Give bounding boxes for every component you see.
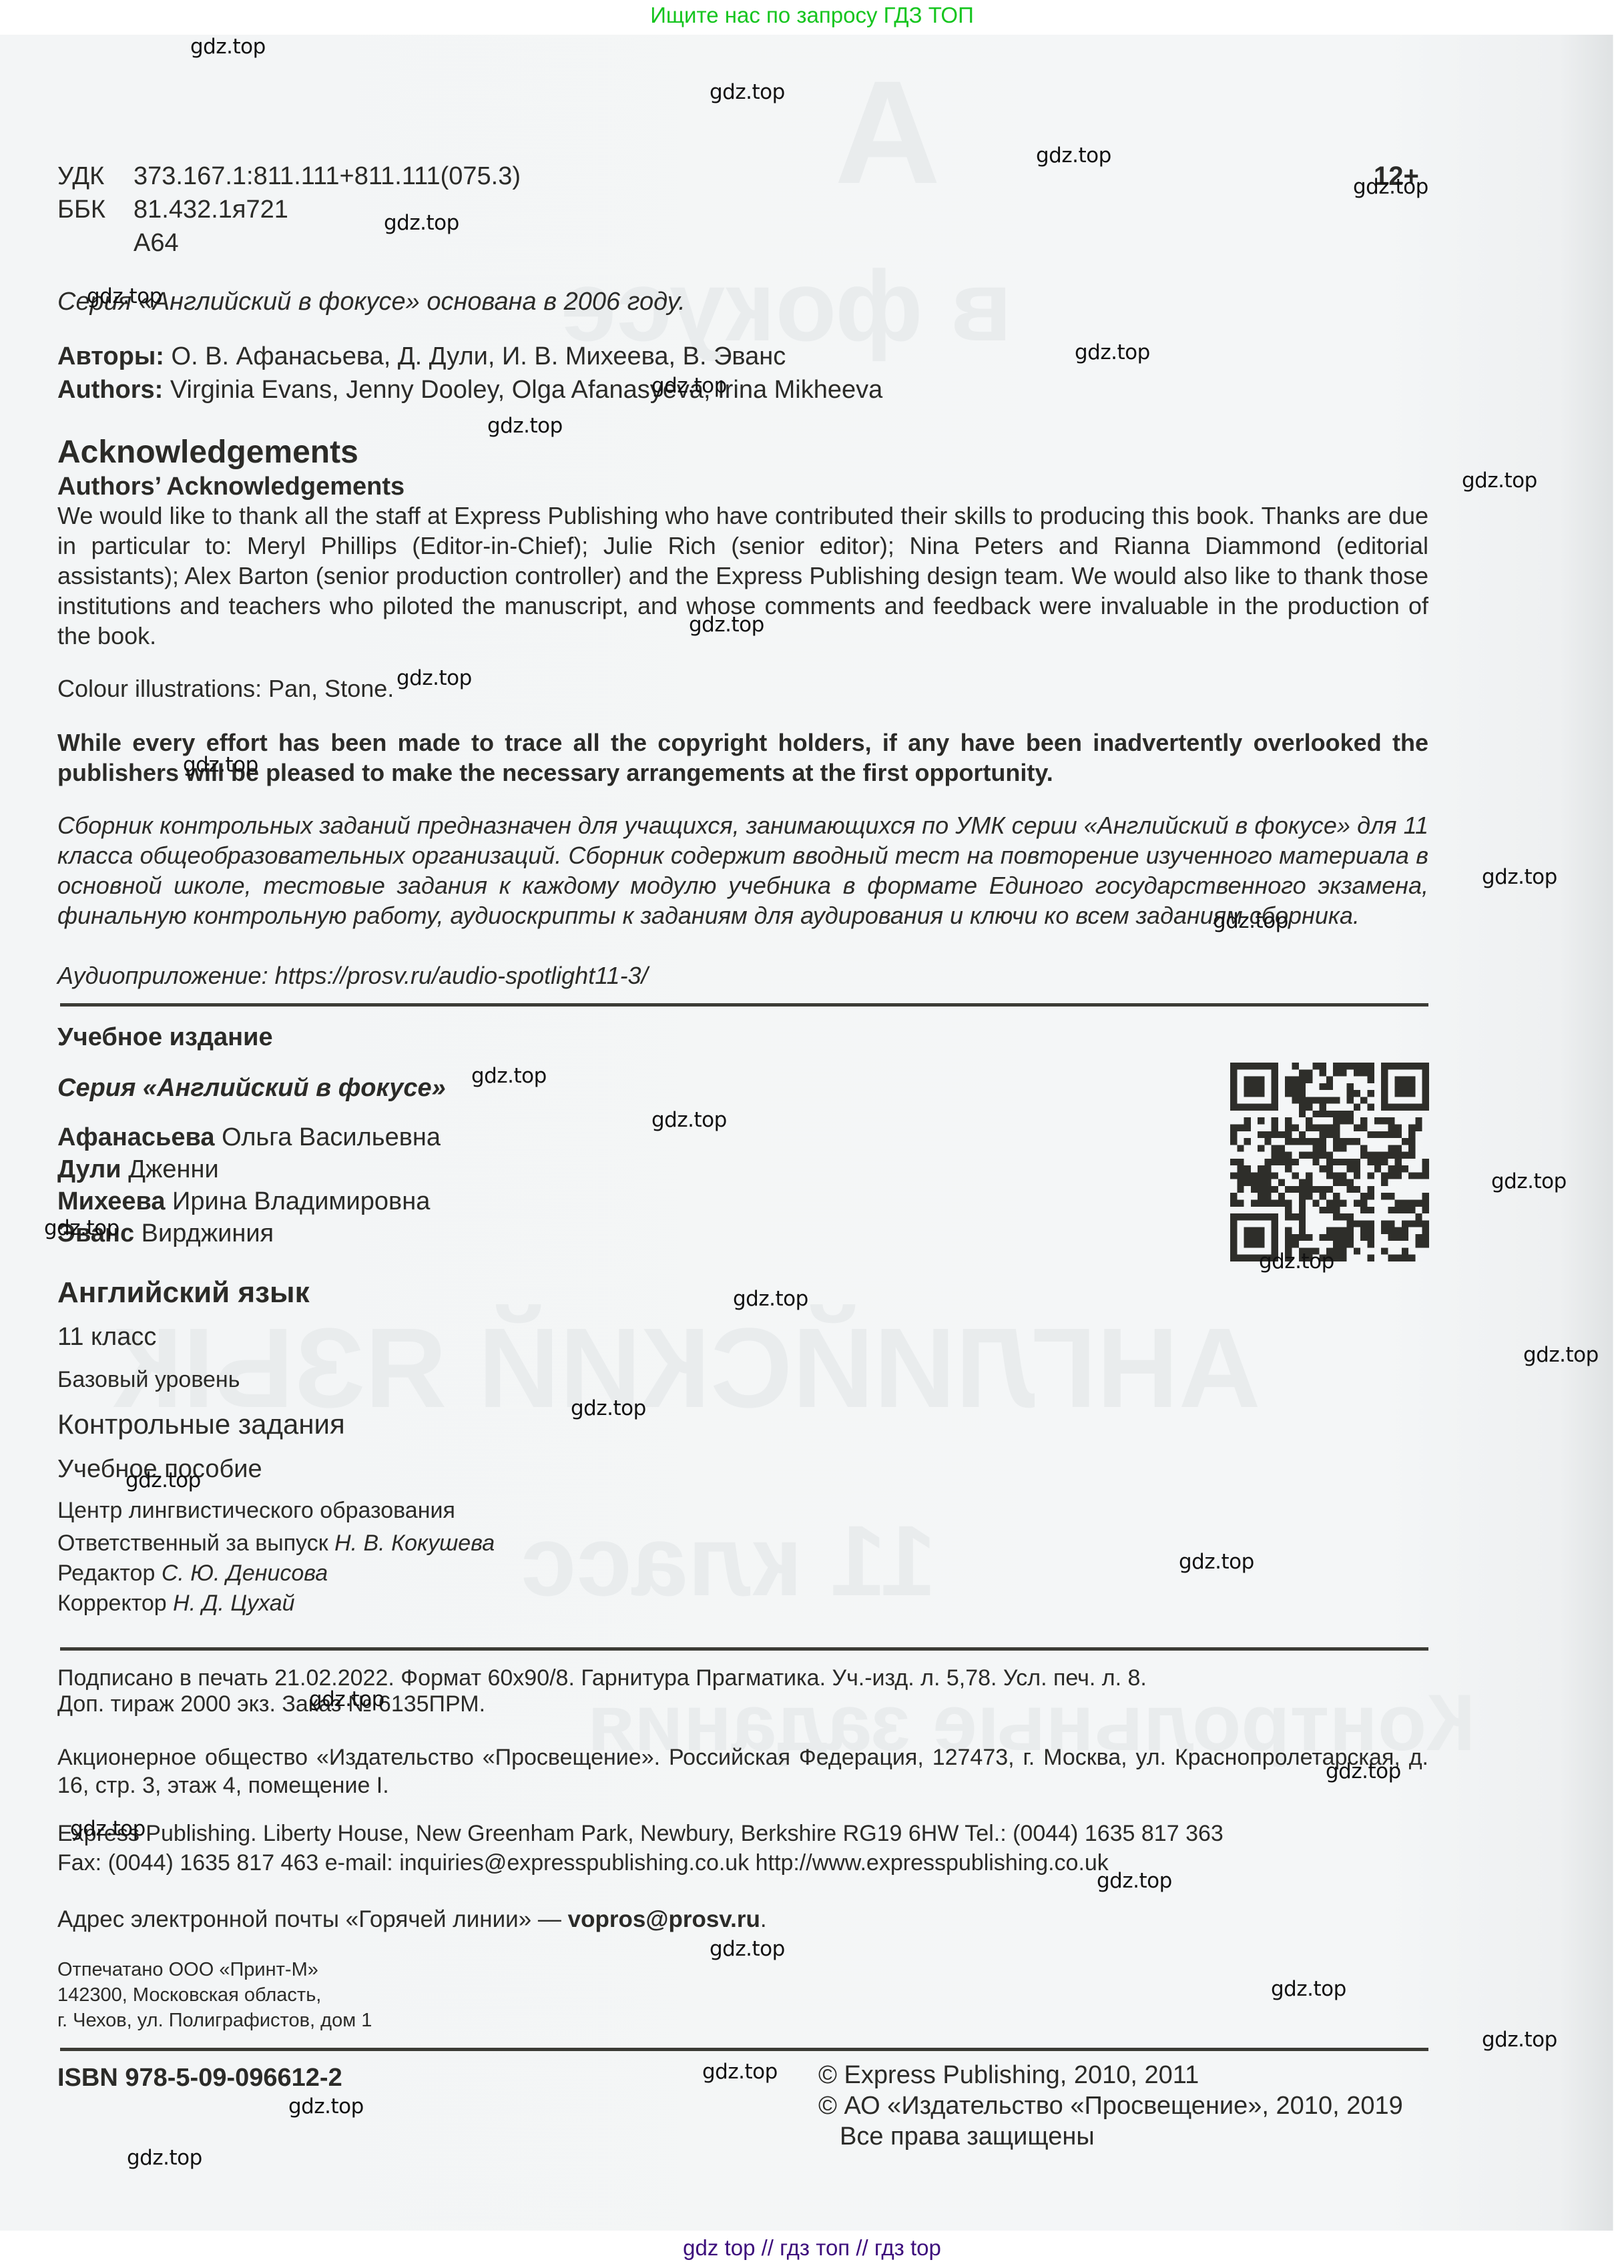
print-line-2: Доп. тираж 2000 экз. Заказ № 6135ПРМ. [57,1691,485,1717]
cover-show-through: 11 класс [521,1503,936,1619]
print-line-1: Подписано в печать 21.02.2022. Формат 60… [57,1663,1428,1693]
authors-en: Authors: Virginia Evans, Jenny Dooley, O… [57,375,882,404]
divider [60,1003,1428,1007]
watermark: gdz.top [487,414,563,438]
level: Базовый уровень [57,1367,240,1393]
authors-ru: Авторы: О. В. Афанасьева, Д. Дули, И. В.… [57,342,786,371]
edition-series: Серия «Английский в фокусе» [57,1073,446,1103]
watermark: gdz.top [1491,1169,1567,1193]
hotline-period: . [760,1906,767,1932]
authors-en-label: Authors: [57,376,163,404]
printer-info: Отпечатано ООО «Принт-М»142300, Московск… [57,1957,372,2033]
printer-line: Отпечатано ООО «Принт-М» [57,1957,372,1982]
watermark: gdz.top [125,1468,201,1492]
publisher-en-line-2: Fax: (0044) 1635 817 463 e-mail: inquiri… [57,1850,1109,1876]
watermark: gdz.top [396,666,472,690]
acknowledgements-heading: Acknowledgements [57,434,358,471]
credit-line: Ответственный за выпуск Н. В. Кокушева [57,1528,495,1558]
watermark: gdz.top [309,1687,384,1711]
grade: 11 класс [57,1323,156,1352]
hotline-email[interactable]: vopros@prosv.ru [568,1906,760,1932]
author-surname: Афанасьева [57,1123,215,1151]
watermark: gdz.top [288,2094,364,2118]
isbn: ISBN 978-5-09-096612-2 [57,2064,342,2092]
rights-reserved: Все права защищены [840,2122,1095,2151]
audio-url[interactable]: https://prosv.ru/audio-spotlight11-3/ [275,962,648,989]
bottom-banner: gdz top // гдз топ // гдз top [0,2233,1624,2268]
credit-line: Корректор Н. Д. Цухай [57,1589,495,1619]
watermark: gdz.top [1213,909,1288,933]
cover-show-through: А [834,48,940,217]
acknowledgements-subheading: Authors’ Acknowledgements [57,473,404,501]
watermark: gdz.top [689,613,764,637]
authors-ru-label: Авторы: [57,342,164,370]
credit-list: Ответственный за выпуск Н. В. КокушеваРе… [57,1528,495,1619]
audio-label: Аудиоприложение: [57,962,268,989]
udk-label: УДК [57,162,104,191]
authors-ru-value: О. В. Афанасьева, Д. Дули, И. В. Михеева… [172,342,786,370]
author-given-name: Вирджиния [134,1219,274,1247]
hotline-label: Адрес электронной почты «Горячей линии» … [57,1906,561,1932]
divider [60,2048,1428,2051]
watermark: gdz.top [1326,1759,1401,1783]
watermark: gdz.top [1259,1249,1334,1273]
credit-line: Редактор С. Ю. Денисова [57,1558,495,1589]
document-page: А в фокусе АНГЛИЙСКИЙ ЯЗЫК 11 класс Конт… [0,35,1624,2231]
watermark: gdz.top [1036,144,1111,168]
edition-type: Учебное издание [57,1023,273,1052]
watermark: gdz.top [471,1064,547,1088]
copyright-express: © Express Publishing, 2010, 2011 [818,2061,1199,2090]
watermark: gdz.top [1179,1550,1254,1574]
author-given-name: Ирина Владимировна [165,1187,430,1215]
copyright-notice: While every effort has been made to trac… [57,728,1428,788]
divider [60,1647,1428,1651]
watermark: gdz.top [651,374,727,398]
author-name: Дули Дженни [57,1153,441,1185]
authors-en-value: Virginia Evans, Jenny Dooley, Olga Afana… [170,376,882,404]
credit-name: Н. Д. Цухай [173,1591,294,1616]
audio-link[interactable]: Аудиоприложение: https://prosv.ru/audio-… [57,961,648,990]
hotline: Адрес электронной почты «Горячей линии» … [57,1906,767,1933]
subject: Английский язык [57,1276,310,1310]
udk-value: 373.167.1:811.111+811.111(075.3) [133,162,521,191]
watermark: gdz.top [1482,2028,1557,2052]
watermark: gdz.top [733,1287,808,1311]
watermark: gdz.top [1353,175,1428,199]
author-given-name: Ольга Васильевна [215,1123,441,1151]
copyright-prosv: © АО «Издательство «Просвещение», 2010, … [818,2092,1403,2120]
printer-line: 142300, Московская область, [57,1982,372,2008]
watermark: gdz.top [1271,1977,1346,2001]
watermark: gdz.top [651,1108,727,1132]
watermark: gdz.top [384,211,459,235]
watermark: gdz.top [1523,1343,1599,1367]
watermark: gdz.top [1075,340,1150,364]
watermark: gdz.top [127,2146,202,2170]
credit-name: С. Ю. Денисова [162,1561,328,1586]
qr-code-icon[interactable] [1230,1063,1429,1261]
credit-role: Ответственный за выпуск [57,1530,334,1556]
author-surname: Дули [57,1155,121,1183]
watermark: gdz.top [1097,1869,1172,1893]
printer-line: г. Чехов, ул. Полиграфистов, дом 1 [57,2008,372,2033]
credit-role: Редактор [57,1561,162,1586]
bbk-value: 81.432.1я721 [133,195,288,224]
watermark: gdz.top [1462,469,1537,493]
watermark: gdz.top [70,1817,146,1841]
publisher-ru: Акционерное общество «Издательство «Прос… [57,1743,1428,1799]
watermark: gdz.top [1482,865,1557,889]
author-mark: А64 [133,228,179,258]
publisher-en-line-1: Express Publishing. Liberty House, New G… [57,1821,1224,1847]
credit-name: Н. В. Кокушева [334,1530,495,1556]
watermark: gdz.top [702,2060,778,2084]
author-given-name: Дженни [121,1155,219,1183]
watermark: gdz.top [190,35,266,59]
top-banner: Ищите нас по запросу ГДЗ ТОП [0,0,1624,33]
illustrations-credit: Colour illustrations: Pan, Stone. [57,674,394,703]
center: Центр лингвистического образования [57,1498,455,1524]
watermark: gdz.top [44,1216,119,1240]
credit-role: Корректор [57,1591,173,1616]
watermark: gdz.top [87,284,162,308]
author-name: Афанасьева Ольга Васильевна [57,1121,441,1153]
watermark: gdz.top [571,1396,646,1420]
author-name: Михеева Ирина Владимировна [57,1185,441,1217]
watermark: gdz.top [710,80,785,104]
watermark: gdz.top [710,1937,785,1961]
book-title: Контрольные задания [57,1408,345,1440]
author-surname: Михеева [57,1187,165,1215]
watermark: gdz.top [183,753,258,777]
bbk-label: ББК [57,195,105,224]
